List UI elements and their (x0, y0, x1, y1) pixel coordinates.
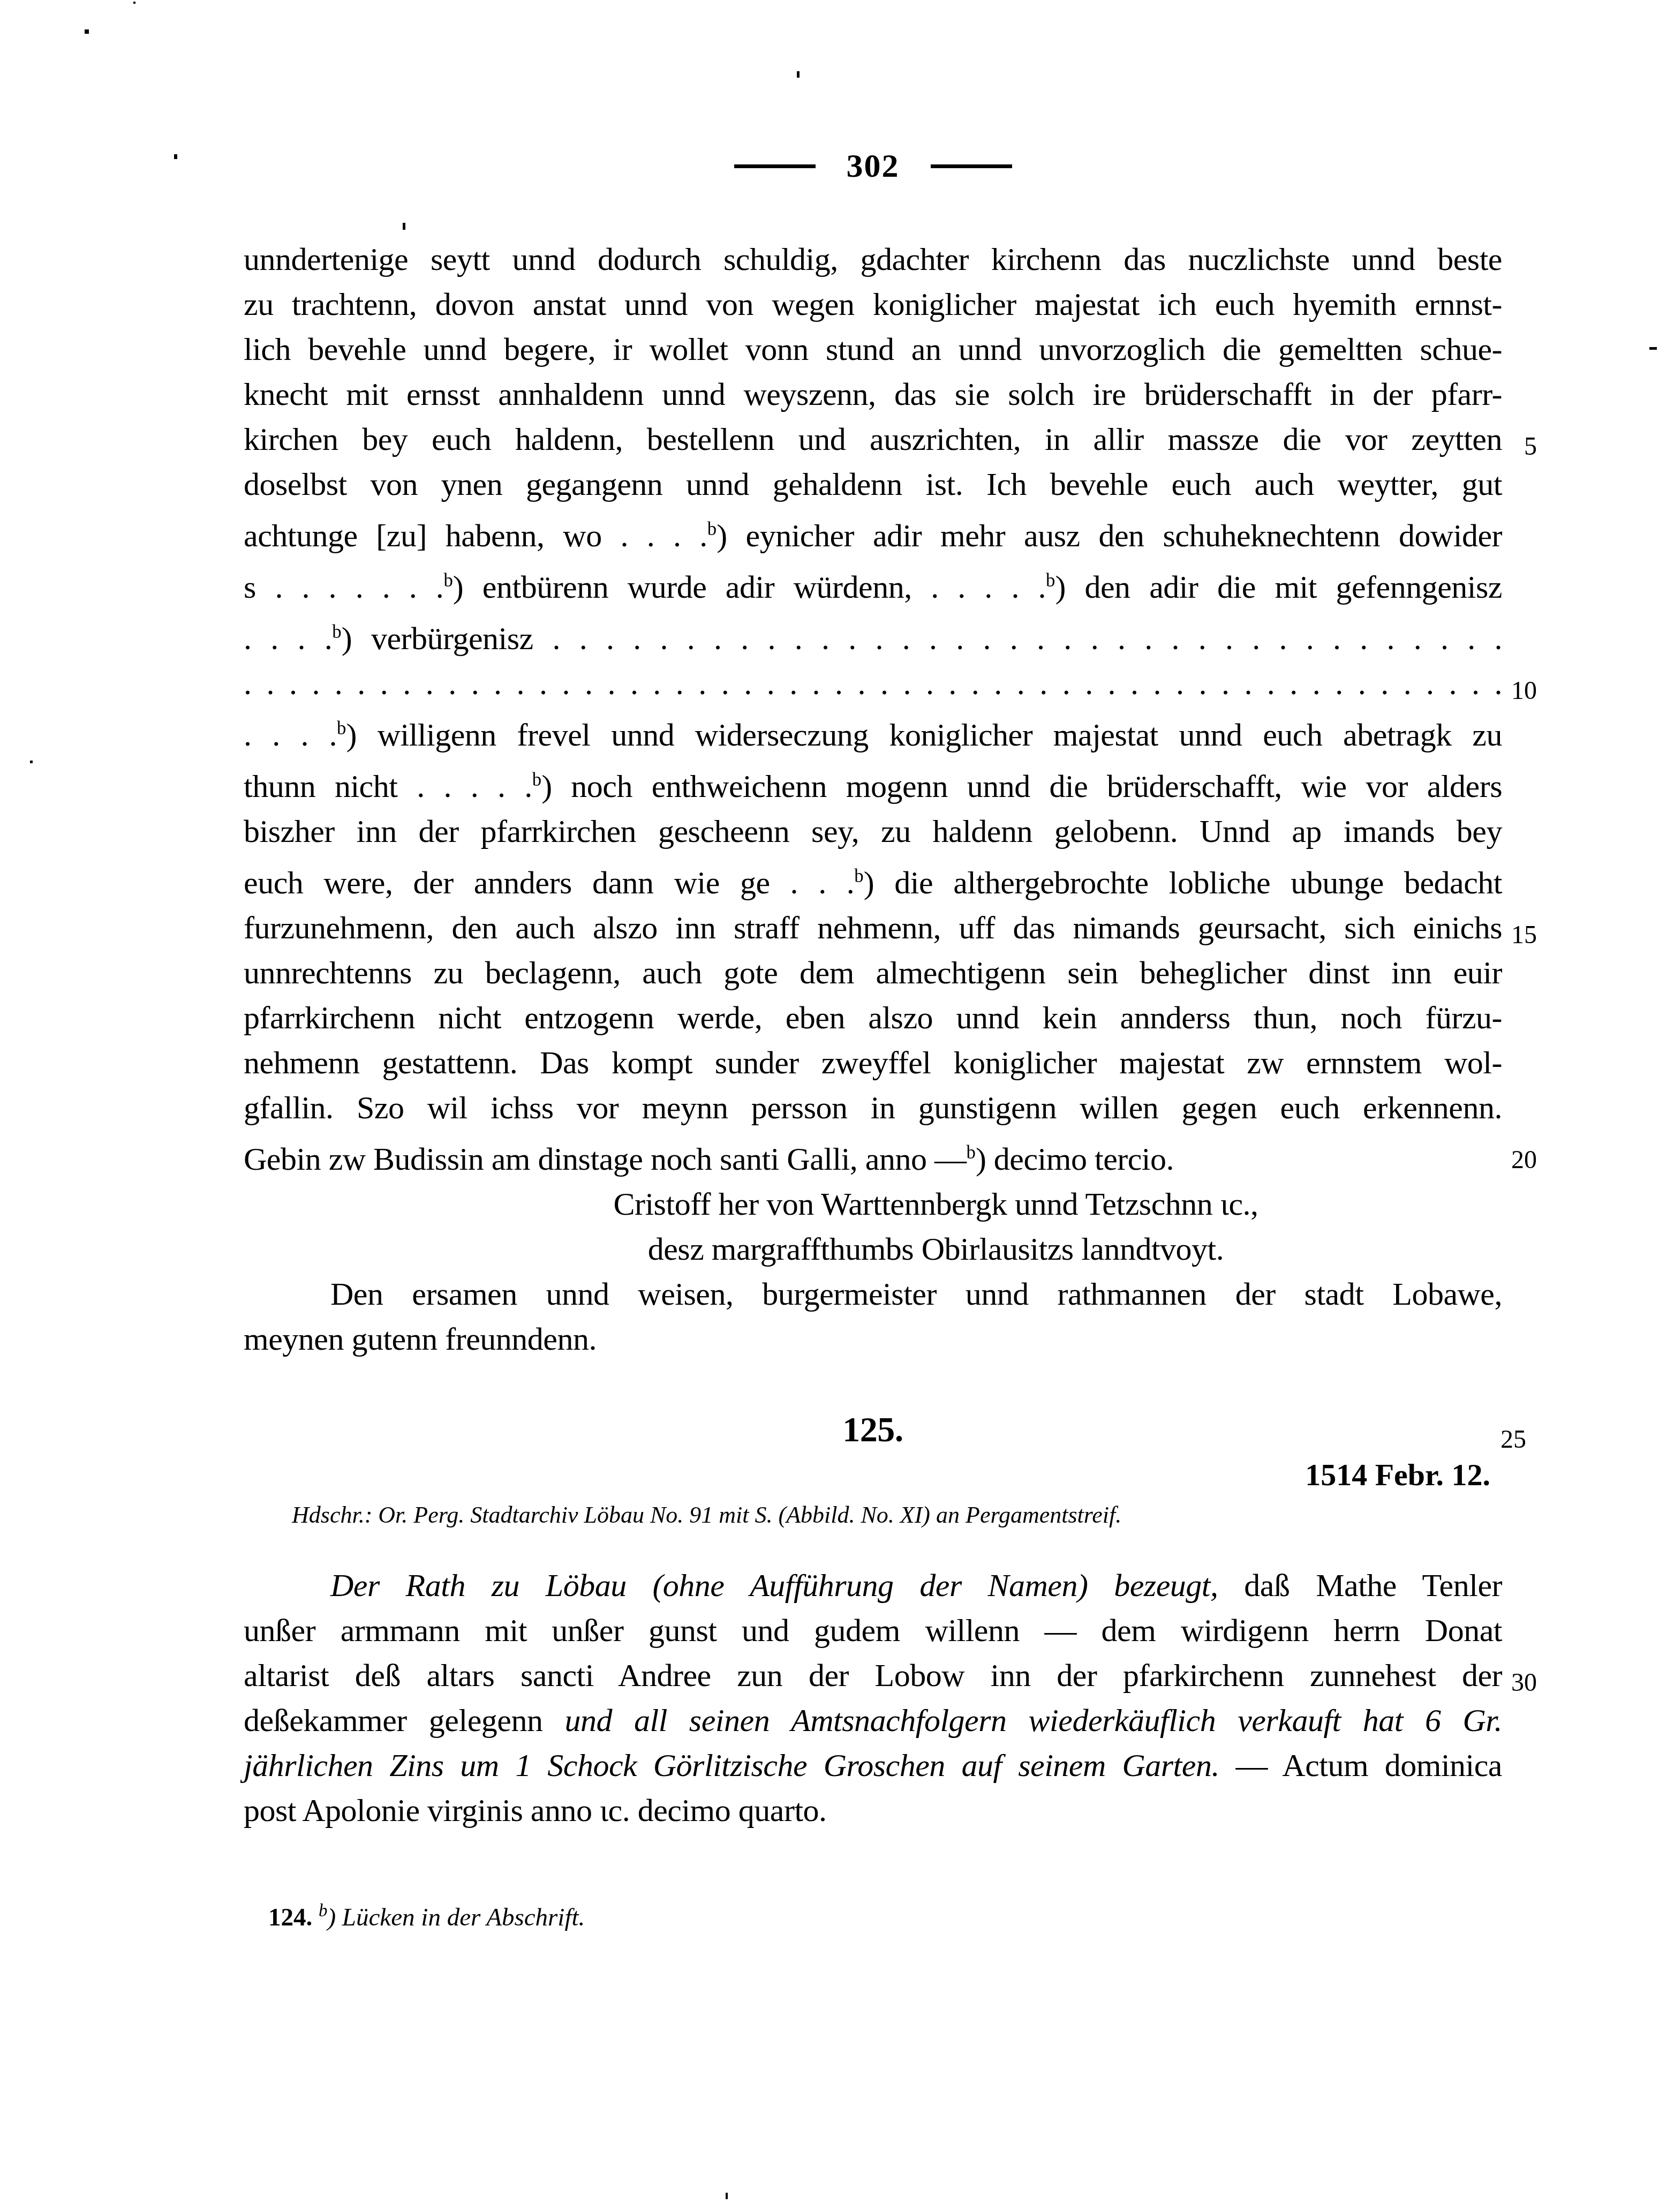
text-line: meynen gutenn freunndenn. (244, 1316, 1502, 1361)
document-124-body: unndertenige seytt unnd dodurch schuldig… (244, 237, 1502, 1361)
text-line: euch were, der annders dann wie ge . . .… (244, 854, 1502, 905)
text-line: zu trachtenn, dovon anstat unnd von wege… (244, 282, 1502, 327)
text-segment: euch were, der annders dann wie ge . . . (244, 865, 854, 900)
footnote-marker: b (854, 866, 863, 886)
text-line: Der Rath zu Löbau (ohne Aufführung der N… (244, 1563, 1502, 1608)
footnote-marker: b (332, 621, 341, 642)
text-segment: knecht mit ernsst annhaldenn unnd weysze… (244, 377, 1502, 412)
text-segment: jährlichen Zins um 1 Schock Görlitzische… (244, 1748, 1219, 1783)
text-line: deßekammer gelegenn und all seinen Amtsn… (244, 1698, 1502, 1743)
text-line: desz margraffthumbs Obirlausitzs lanndtv… (244, 1227, 1502, 1271)
footnote-marker: b (1046, 570, 1055, 591)
text-line: furzunehmenn, den auch alszo inn straff … (244, 905, 1502, 950)
text-segment: Der Rath zu Löbau (ohne Aufführung der N… (330, 1568, 1218, 1603)
scan-speck (30, 761, 33, 763)
footnote-marker: b (443, 570, 453, 591)
text-segment: pfarrkirchenn nicht entzogenn werde, ebe… (244, 1000, 1502, 1035)
margin-line-number: 20 (1511, 1138, 1537, 1183)
text-segment: unßer armmann mit unßer gunst und gudem … (244, 1613, 1502, 1648)
footnote-marker: b (319, 1901, 327, 1921)
text-segment: ) willigenn frevel unnd widerseczung kon… (346, 717, 1502, 753)
text-segment: ) entbürenn wurde adir würdenn, . . . . … (453, 569, 1046, 605)
text-line: kirchen bey euch haldenn, bestellenn und… (244, 417, 1502, 462)
page-number: 302 (847, 147, 900, 185)
header-dash-right (931, 164, 1012, 168)
text-segment: ) decimo tercio. (976, 1141, 1174, 1177)
text-segment: ) Lücken in der Abschrift. (327, 1903, 585, 1931)
text-segment: unndertenige seytt unnd dodurch schuldig… (244, 242, 1502, 277)
text-segment: kirchen bey euch haldenn, bestellenn und… (244, 422, 1502, 457)
text-line: pfarrkirchenn nicht entzogenn werde, ebe… (244, 995, 1502, 1040)
text-segment: Cristoff her von Warttennbergk unnd Tetz… (613, 1186, 1258, 1222)
text-segment: s . . . . . . . (244, 569, 443, 605)
scan-speck (133, 2, 135, 4)
text-line: knecht mit ernsst annhaldenn unnd weysze… (244, 372, 1502, 417)
text-column: 302 unndertenige seytt unnd dodurch schu… (244, 0, 1502, 1940)
text-line: . . . . . . . . . . . . . . . . . . . . … (244, 661, 1502, 706)
text-segment: desz margraffthumbs Obirlausitzs lanndtv… (648, 1231, 1224, 1267)
footnote-marker: b (707, 518, 717, 539)
text-line: post Apolonie virginis anno ɩc. decimo q… (244, 1788, 1502, 1833)
text-segment: furzunehmenn, den auch alszo inn straff … (244, 910, 1502, 945)
document-125-date: 1514 Febr. 12. (244, 1453, 1502, 1498)
document-125-source-note: Hdschr.: Or. Perg. Stadtarchiv Löbau No.… (244, 1500, 1502, 1531)
scan-speck (1649, 347, 1657, 350)
text-segment: . . . . (244, 621, 332, 656)
text-segment: . . . . (244, 717, 337, 753)
book-page: 302 unndertenige seytt unnd dodurch schu… (0, 0, 1674, 2212)
footnote-marker: b (966, 1142, 975, 1163)
text-segment: — Actum dominica (1219, 1748, 1502, 1783)
text-line: altarist deß altars sancti Andree zun de… (244, 1653, 1502, 1698)
text-segment: biszher inn der pfarrkirchen gescheenn s… (244, 814, 1502, 849)
text-segment: deßekammer gelegenn (244, 1703, 564, 1738)
text-segment: nehmenn gestattenn. Das kompt sunder zwe… (244, 1045, 1502, 1080)
scan-speck (797, 71, 800, 78)
scan-speck (726, 2193, 728, 2199)
text-line: . . . .b) verbürgenisz . . . . . . . . .… (244, 610, 1502, 661)
margin-line-number: 25 (1500, 1417, 1526, 1462)
document-125-heading: 125. 25 (244, 1408, 1502, 1453)
text-line: unndertenige seytt unnd dodurch schuldig… (244, 237, 1502, 282)
text-segment: unnrechtenns zu beclagenn, auch gote dem… (244, 955, 1502, 990)
text-line: jährlichen Zins um 1 Schock Görlitzische… (244, 1743, 1502, 1788)
text-line: 124. b) Lücken in der Abschrift. (268, 1895, 1502, 1940)
text-segment: ) noch enthweichenn mogenn unnd die brüd… (541, 769, 1502, 804)
text-segment: 124. (268, 1903, 319, 1931)
text-segment: post Apolonie virginis anno ɩc. decimo q… (244, 1793, 827, 1828)
text-line: unßer armmann mit unßer gunst und gudem … (244, 1608, 1502, 1653)
scan-speck (85, 29, 89, 34)
text-segment: Den ersamen unnd weisen, burgermeister u… (330, 1276, 1502, 1312)
text-segment: ) verbürgenisz . . . . . . . . . . . . .… (342, 621, 1502, 656)
text-line: s . . . . . . .b) entbürenn wurde adir w… (244, 558, 1502, 610)
text-line: lich bevehle unnd begere, ir wollet vonn… (244, 327, 1502, 372)
text-segment: meynen gutenn freunndenn. (244, 1321, 597, 1357)
scan-speck (174, 154, 177, 159)
header-dash-left (734, 164, 816, 168)
margin-line-number: 10 (1511, 668, 1537, 713)
text-segment: und all seinen Amtsnachfolgern wiederkäu… (564, 1703, 1502, 1738)
document-number: 125. (842, 1410, 903, 1449)
text-line: . . . .b) willigenn frevel unnd widersec… (244, 706, 1502, 757)
text-line: unnrechtenns zu beclagenn, auch gote dem… (244, 950, 1502, 995)
text-line: Cristoff her von Warttennbergk unnd Tetz… (244, 1182, 1502, 1227)
text-line: nehmenn gestattenn. Das kompt sunder zwe… (244, 1040, 1502, 1085)
page-header: 302 (244, 144, 1502, 189)
text-line: thunn nicht . . . . .b) noch enthweichen… (244, 757, 1502, 809)
margin-line-number: 15 (1511, 913, 1537, 958)
margin-line-number: 5 (1524, 424, 1537, 469)
text-line: gfallin. Szo wil ichss vor meynn persson… (244, 1085, 1502, 1130)
text-segment: altarist deß altars sancti Andree zun de… (244, 1658, 1502, 1693)
text-segment: . . . . . . . . . . . . . . . . . . . . … (244, 666, 1502, 701)
text-line: biszher inn der pfarrkirchen gescheenn s… (244, 809, 1502, 854)
document-125-body: Der Rath zu Löbau (ohne Aufführung der N… (244, 1563, 1502, 1833)
text-segment: Gebin zw Budissin am dinstage noch santi… (244, 1141, 966, 1177)
margin-line-number: 30 (1511, 1660, 1537, 1705)
footnote-marker: b (337, 718, 346, 739)
text-segment: ) die althergebrochte lobliche ubunge be… (864, 865, 1502, 900)
text-segment: ) eynicher adir mehr ausz den schuheknec… (717, 518, 1502, 553)
text-segment: ) den adir die mit gefenngenisz (1055, 569, 1502, 605)
text-line: Den ersamen unnd weisen, burgermeister u… (244, 1271, 1502, 1316)
text-segment: lich bevehle unnd begere, ir wollet vonn… (244, 332, 1502, 367)
text-segment: gfallin. Szo wil ichss vor meynn persson… (244, 1090, 1502, 1125)
text-line: Gebin zw Budissin am dinstage noch santi… (244, 1130, 1502, 1182)
text-segment: doselbst von ynen gegangenn unnd gehalde… (244, 467, 1502, 502)
footnote-marker: b (532, 769, 541, 790)
text-segment: daß Mathe Tenler (1218, 1568, 1502, 1603)
text-line: doselbst von ynen gegangenn unnd gehalde… (244, 462, 1502, 507)
footnote-124: 124. b) Lücken in der Abschrift. (244, 1895, 1502, 1940)
text-segment: thunn nicht . . . . . (244, 769, 532, 804)
scan-speck (403, 223, 405, 230)
text-segment: achtunge [zu] habenn, wo . . . . (244, 518, 707, 553)
text-segment: zu trachtenn, dovon anstat unnd von wege… (244, 287, 1502, 322)
text-line: achtunge [zu] habenn, wo . . . .b) eynic… (244, 507, 1502, 558)
document-125-header-row: 125. 25 (244, 1408, 1502, 1453)
